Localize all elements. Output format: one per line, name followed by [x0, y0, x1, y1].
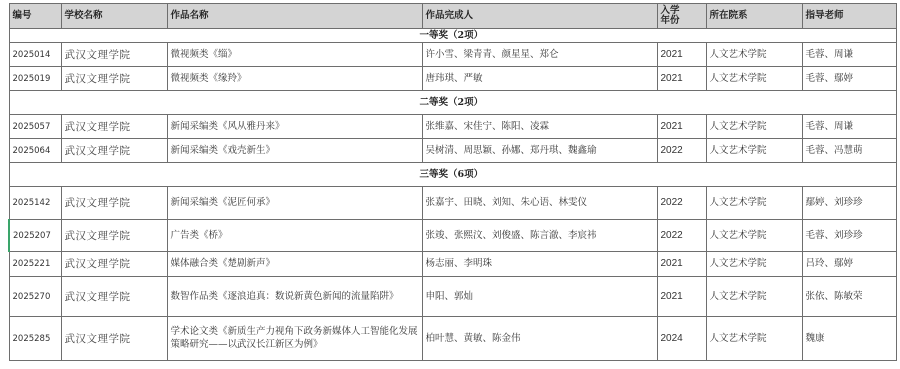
cell-work[interactable]: 广告类《桥》 [167, 220, 422, 252]
cell-advisors[interactable]: 毛蓉、周谦 [802, 115, 896, 139]
cell-school[interactable]: 武汉文理学院 [61, 220, 167, 252]
cell-authors[interactable]: 申阳、郭灿 [422, 277, 657, 317]
cell-work[interactable]: 学术论文类《新质生产力视角下政务新媒体人工智能化发展策略研究——以武汉长江新区为… [167, 317, 422, 361]
table-row[interactable]: 2025221 武汉文理学院 媒体融合类《楚剧新声》 杨志丽、李明珠 2021 … [9, 252, 896, 277]
cell-work[interactable]: 新闻采编类《风从雅丹来》 [167, 115, 422, 139]
cell-advisors[interactable]: 毛蓉、刘珍珍 [802, 220, 896, 252]
cell-advisors[interactable]: 毛蓉、冯慧萌 [802, 139, 896, 163]
cell-dept[interactable]: 人文艺术学院 [706, 139, 802, 163]
section-row-third-prize: 三等奖（6项） [9, 163, 896, 187]
awards-table: 编号 学校名称 作品名称 作品完成人 入学年份 所在院系 指导老师 一等奖（2项… [8, 3, 897, 361]
section-row-first-prize: 一等奖（2项） [9, 29, 896, 43]
cell-id[interactable]: 2025221 [9, 252, 61, 277]
cell-dept[interactable]: 人文艺术学院 [706, 115, 802, 139]
cell-advisors[interactable]: 吕玲、鄢婷 [802, 252, 896, 277]
table-row[interactable]: 2025270 武汉文理学院 数智作品类《逐浪追真：数说新黄色新闻的流量陷阱》 … [9, 277, 896, 317]
cell-id[interactable]: 2025057 [9, 115, 61, 139]
cell-year[interactable]: 2022 [657, 187, 706, 220]
cell-id[interactable]: 2025019 [9, 67, 61, 91]
cell-year[interactable]: 2021 [657, 252, 706, 277]
cell-id[interactable]: 2025285 [9, 317, 61, 361]
cell-year[interactable]: 2021 [657, 67, 706, 91]
header-year-line1: 入学 [661, 5, 680, 16]
cell-advisors[interactable]: 毛蓉、鄢婷 [802, 67, 896, 91]
cell-year[interactable]: 2022 [657, 220, 706, 252]
table-row[interactable]: 2025019 武汉文理学院 微视频类《缘羚》 唐玮琪、严敏 2021 人文艺术… [9, 67, 896, 91]
cell-work[interactable]: 新闻采编类《泥匠何承》 [167, 187, 422, 220]
cell-school[interactable]: 武汉文理学院 [61, 187, 167, 220]
cell-dept[interactable]: 人文艺术学院 [706, 317, 802, 361]
cell-id[interactable]: 2025142 [9, 187, 61, 220]
cell-id[interactable]: 2025064 [9, 139, 61, 163]
header-id: 编号 [9, 4, 61, 29]
cell-advisors[interactable]: 魏康 [802, 317, 896, 361]
cell-dept[interactable]: 人文艺术学院 [706, 220, 802, 252]
cell-advisors[interactable]: 鄢婷、刘珍珍 [802, 187, 896, 220]
cell-advisors[interactable]: 毛蓉、周谦 [802, 43, 896, 67]
cell-authors[interactable]: 杨志丽、李明珠 [422, 252, 657, 277]
cell-work[interactable]: 微视频类《缁》 [167, 43, 422, 67]
cell-year[interactable]: 2024 [657, 317, 706, 361]
cell-school[interactable]: 武汉文理学院 [61, 277, 167, 317]
cell-authors[interactable]: 柏叶慧、黄敏、陈金伟 [422, 317, 657, 361]
cell-school[interactable]: 武汉文理学院 [61, 317, 167, 361]
section-row-second-prize: 二等奖（2项） [9, 91, 896, 115]
section-label: 二等奖（2项） [420, 97, 484, 108]
section-label: 三等奖（6项） [420, 169, 484, 180]
header-advisors: 指导老师 [802, 4, 896, 29]
cell-id-selected[interactable]: 2025207 [9, 220, 61, 252]
section-label: 一等奖（2项） [420, 30, 484, 41]
cell-dept[interactable]: 人文艺术学院 [706, 67, 802, 91]
cell-id[interactable]: 2025014 [9, 43, 61, 67]
cell-dept[interactable]: 人文艺术学院 [706, 277, 802, 317]
cell-dept[interactable]: 人文艺术学院 [706, 252, 802, 277]
cell-work[interactable]: 微视频类《缘羚》 [167, 67, 422, 91]
cell-dept[interactable]: 人文艺术学院 [706, 43, 802, 67]
cell-authors[interactable]: 吴树清、周思颖、孙娜、郑丹琪、魏鑫瑜 [422, 139, 657, 163]
cell-advisors[interactable]: 张依、陈敏荣 [802, 277, 896, 317]
cell-school[interactable]: 武汉文理学院 [61, 252, 167, 277]
cell-school[interactable]: 武汉文理学院 [61, 43, 167, 67]
cell-year[interactable]: 2022 [657, 139, 706, 163]
cell-year[interactable]: 2021 [657, 115, 706, 139]
cell-year[interactable]: 2021 [657, 43, 706, 67]
cell-work[interactable]: 媒体融合类《楚剧新声》 [167, 252, 422, 277]
table-row[interactable]: 2025014 武汉文理学院 微视频类《缁》 许小雪、梁青青、颜星星、郑仑 20… [9, 43, 896, 67]
header-row: 编号 学校名称 作品名称 作品完成人 入学年份 所在院系 指导老师 [9, 4, 896, 29]
header-dept: 所在院系 [706, 4, 802, 29]
cell-authors[interactable]: 张维嘉、宋佳宁、陈阳、凌霖 [422, 115, 657, 139]
cell-dept[interactable]: 人文艺术学院 [706, 187, 802, 220]
table-row[interactable]: 2025057 武汉文理学院 新闻采编类《风从雅丹来》 张维嘉、宋佳宁、陈阳、凌… [9, 115, 896, 139]
cell-school[interactable]: 武汉文理学院 [61, 67, 167, 91]
header-authors: 作品完成人 [422, 4, 657, 29]
cell-school[interactable]: 武汉文理学院 [61, 139, 167, 163]
cell-authors[interactable]: 张竣、张熙汶、刘俊盛、陈言澈、李宸祎 [422, 220, 657, 252]
cell-authors[interactable]: 张嘉宇、田晓、刘知、朱心语、林雯仪 [422, 187, 657, 220]
header-year-line2: 年份 [661, 15, 680, 26]
table-row[interactable]: 2025142 武汉文理学院 新闻采编类《泥匠何承》 张嘉宇、田晓、刘知、朱心语… [9, 187, 896, 220]
cell-year[interactable]: 2021 [657, 277, 706, 317]
header-school: 学校名称 [61, 4, 167, 29]
header-work: 作品名称 [167, 4, 422, 29]
cell-authors[interactable]: 许小雪、梁青青、颜星星、郑仑 [422, 43, 657, 67]
table-row[interactable]: 2025207 武汉文理学院 广告类《桥》 张竣、张熙汶、刘俊盛、陈言澈、李宸祎… [9, 220, 896, 252]
cell-school[interactable]: 武汉文理学院 [61, 115, 167, 139]
cell-id[interactable]: 2025270 [9, 277, 61, 317]
table-row[interactable]: 2025285 武汉文理学院 学术论文类《新质生产力视角下政务新媒体人工智能化发… [9, 317, 896, 361]
cell-authors[interactable]: 唐玮琪、严敏 [422, 67, 657, 91]
table-row[interactable]: 2025064 武汉文理学院 新闻采编类《戏壳新生》 吴树清、周思颖、孙娜、郑丹… [9, 139, 896, 163]
cell-work[interactable]: 新闻采编类《戏壳新生》 [167, 139, 422, 163]
cell-work[interactable]: 数智作品类《逐浪追真：数说新黄色新闻的流量陷阱》 [167, 277, 422, 317]
header-year: 入学年份 [657, 4, 706, 29]
